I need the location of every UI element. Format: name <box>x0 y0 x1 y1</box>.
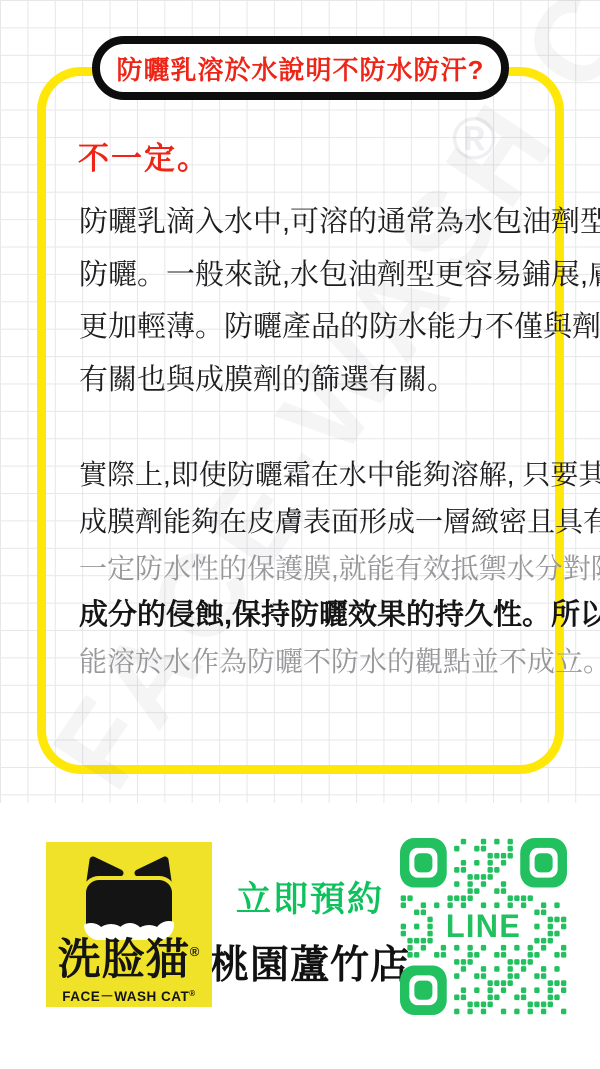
logo-cn-text: 洗脸猫 <box>58 936 190 984</box>
body-line: 更加輕薄。防曬產品的防水能力不僅與劑型 <box>79 301 549 354</box>
body-line: 成膜劑能夠在皮膚表面形成一層緻密且具有 <box>79 499 549 546</box>
logo-chinese-name: 洗脸猫® <box>46 939 212 982</box>
brand-logo: 洗脸猫® FACE－WASH CAT® <box>46 842 212 1007</box>
cat-icon <box>73 856 185 944</box>
body-line: 實際上,即使防曬霜在水中能夠溶解, 只要其 <box>79 452 549 499</box>
logo-english-name: FACE－WASH CAT® <box>46 985 212 1005</box>
line-qr-code: LINE <box>400 838 567 1015</box>
question-pill: 防曬乳溶於水說明不防水防汗? <box>92 36 509 100</box>
registered-icon: ® <box>190 944 201 959</box>
store-name: 桃園蘆竹店 <box>210 934 410 990</box>
body-line: 有關也與成膜劑的篩選有關。 <box>79 354 549 407</box>
logo-en-text: FACE－WASH CAT <box>62 989 189 1004</box>
body-line: 防曬乳滴入水中,可溶的通常為水包油劑型的 <box>79 196 549 249</box>
body-line: 能溶於水作為防曬不防水的觀點並不成立。 <box>79 639 549 686</box>
registered-icon: ® <box>189 989 195 998</box>
body-line: 成分的侵蝕,保持防曬效果的持久性。所以 <box>79 592 549 639</box>
body-line: 防曬。一般來說,水包油劑型更容易鋪展,膚感 <box>79 249 549 302</box>
answer-headline: 不一定。 <box>78 133 210 178</box>
paragraph-2: 實際上,即使防曬霜在水中能夠溶解, 只要其 成膜劑能夠在皮膚表面形成一層緻密且具… <box>79 452 549 686</box>
body-line: 一定防水性的保護膜,就能有效抵禦水分對防曬 <box>79 546 549 593</box>
question-title: 防曬乳溶於水說明不防水防汗? <box>117 50 485 87</box>
paragraph-1: 防曬乳滴入水中,可溶的通常為水包油劑型的 防曬。一般來說,水包油劑型更容易鋪展,… <box>79 196 549 407</box>
poster-page: FACE-WASH CAT ® 防曬乳溶於水說明不防水防汗? 不一定。 防曬乳滴… <box>0 0 600 1069</box>
cta-book-now: 立即預約 <box>220 872 400 922</box>
qr-line-label: LINE <box>446 907 521 944</box>
